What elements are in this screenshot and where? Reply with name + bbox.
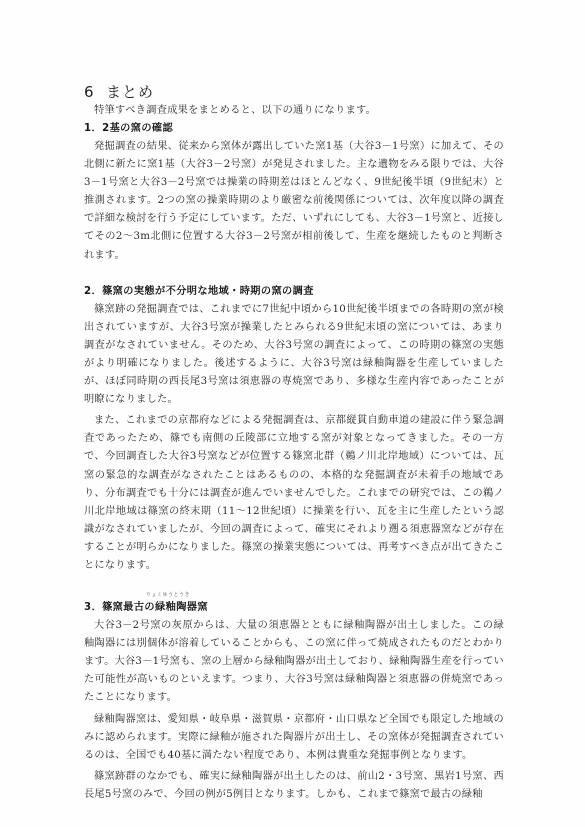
chapter-number: 6 (84, 82, 106, 102)
spacer (84, 265, 504, 283)
intro-paragraph: 特筆すべき調査成果をまとめると、以下の通りになります。 (84, 102, 504, 120)
section-heading-text: 3．篠窯最古の緑釉陶器窯 (84, 602, 208, 613)
section-2: 2．篠窯の実態が不分明な地域・時期の窯の調査 篠窯跡の発掘調査では、これまでに7… (84, 283, 504, 575)
paragraph: 緑釉陶器窯は、愛知県・岐阜県・滋賀県・京都府・山口県など全国でも限定した地域のみ… (84, 711, 504, 765)
paragraph: 発掘調査の結果、従来から窯体が露出していた窯1基（大谷3－1号窯）に加えて、その… (84, 138, 504, 265)
paragraph: また、これまでの京都府などによる発掘調査は、京都縦貫自動車道の建設に伴う緊急調査… (84, 412, 504, 575)
paragraph: 大谷3－2号窯の灰原からは、大量の須恵器とともに緑釉陶器が出土しました。この緑釉… (84, 617, 504, 707)
document-page: 6まとめ 特筆すべき調査成果をまとめると、以下の通りになります。 1．2基の窯の… (0, 0, 585, 827)
section-heading: 1．2基の窯の確認 (84, 120, 504, 138)
section-1: 1．2基の窯の確認 発掘調査の結果、従来から窯体が露出していた窯1基（大谷3－1… (84, 120, 504, 265)
section-heading: 2．篠窯の実態が不分明な地域・時期の窯の調査 (84, 283, 504, 301)
section-heading: りょくゆうとうき 3．篠窯最古の緑釉陶器窯 (84, 599, 504, 617)
ruby-annotation: りょくゆうとうき (146, 592, 190, 598)
page-content: 6まとめ 特筆すべき調査成果をまとめると、以下の通りになります。 1．2基の窯の… (84, 82, 504, 804)
section-3: りょくゆうとうき 3．篠窯最古の緑釉陶器窯 大谷3－2号窯の灰原からは、大量の須… (84, 599, 504, 804)
paragraph: 篠窯跡群のなかでも、確実に緑釉陶器が出土したのは、前山2・3号窯、黒岩1号窯、西… (84, 768, 504, 804)
paragraph: 篠窯跡の発掘調査では、これまでに7世紀中頃から10世紀後半頃までの各時期の窯が検… (84, 301, 504, 410)
chapter-title-text: まとめ (106, 83, 154, 101)
chapter-title: 6まとめ (84, 82, 504, 102)
